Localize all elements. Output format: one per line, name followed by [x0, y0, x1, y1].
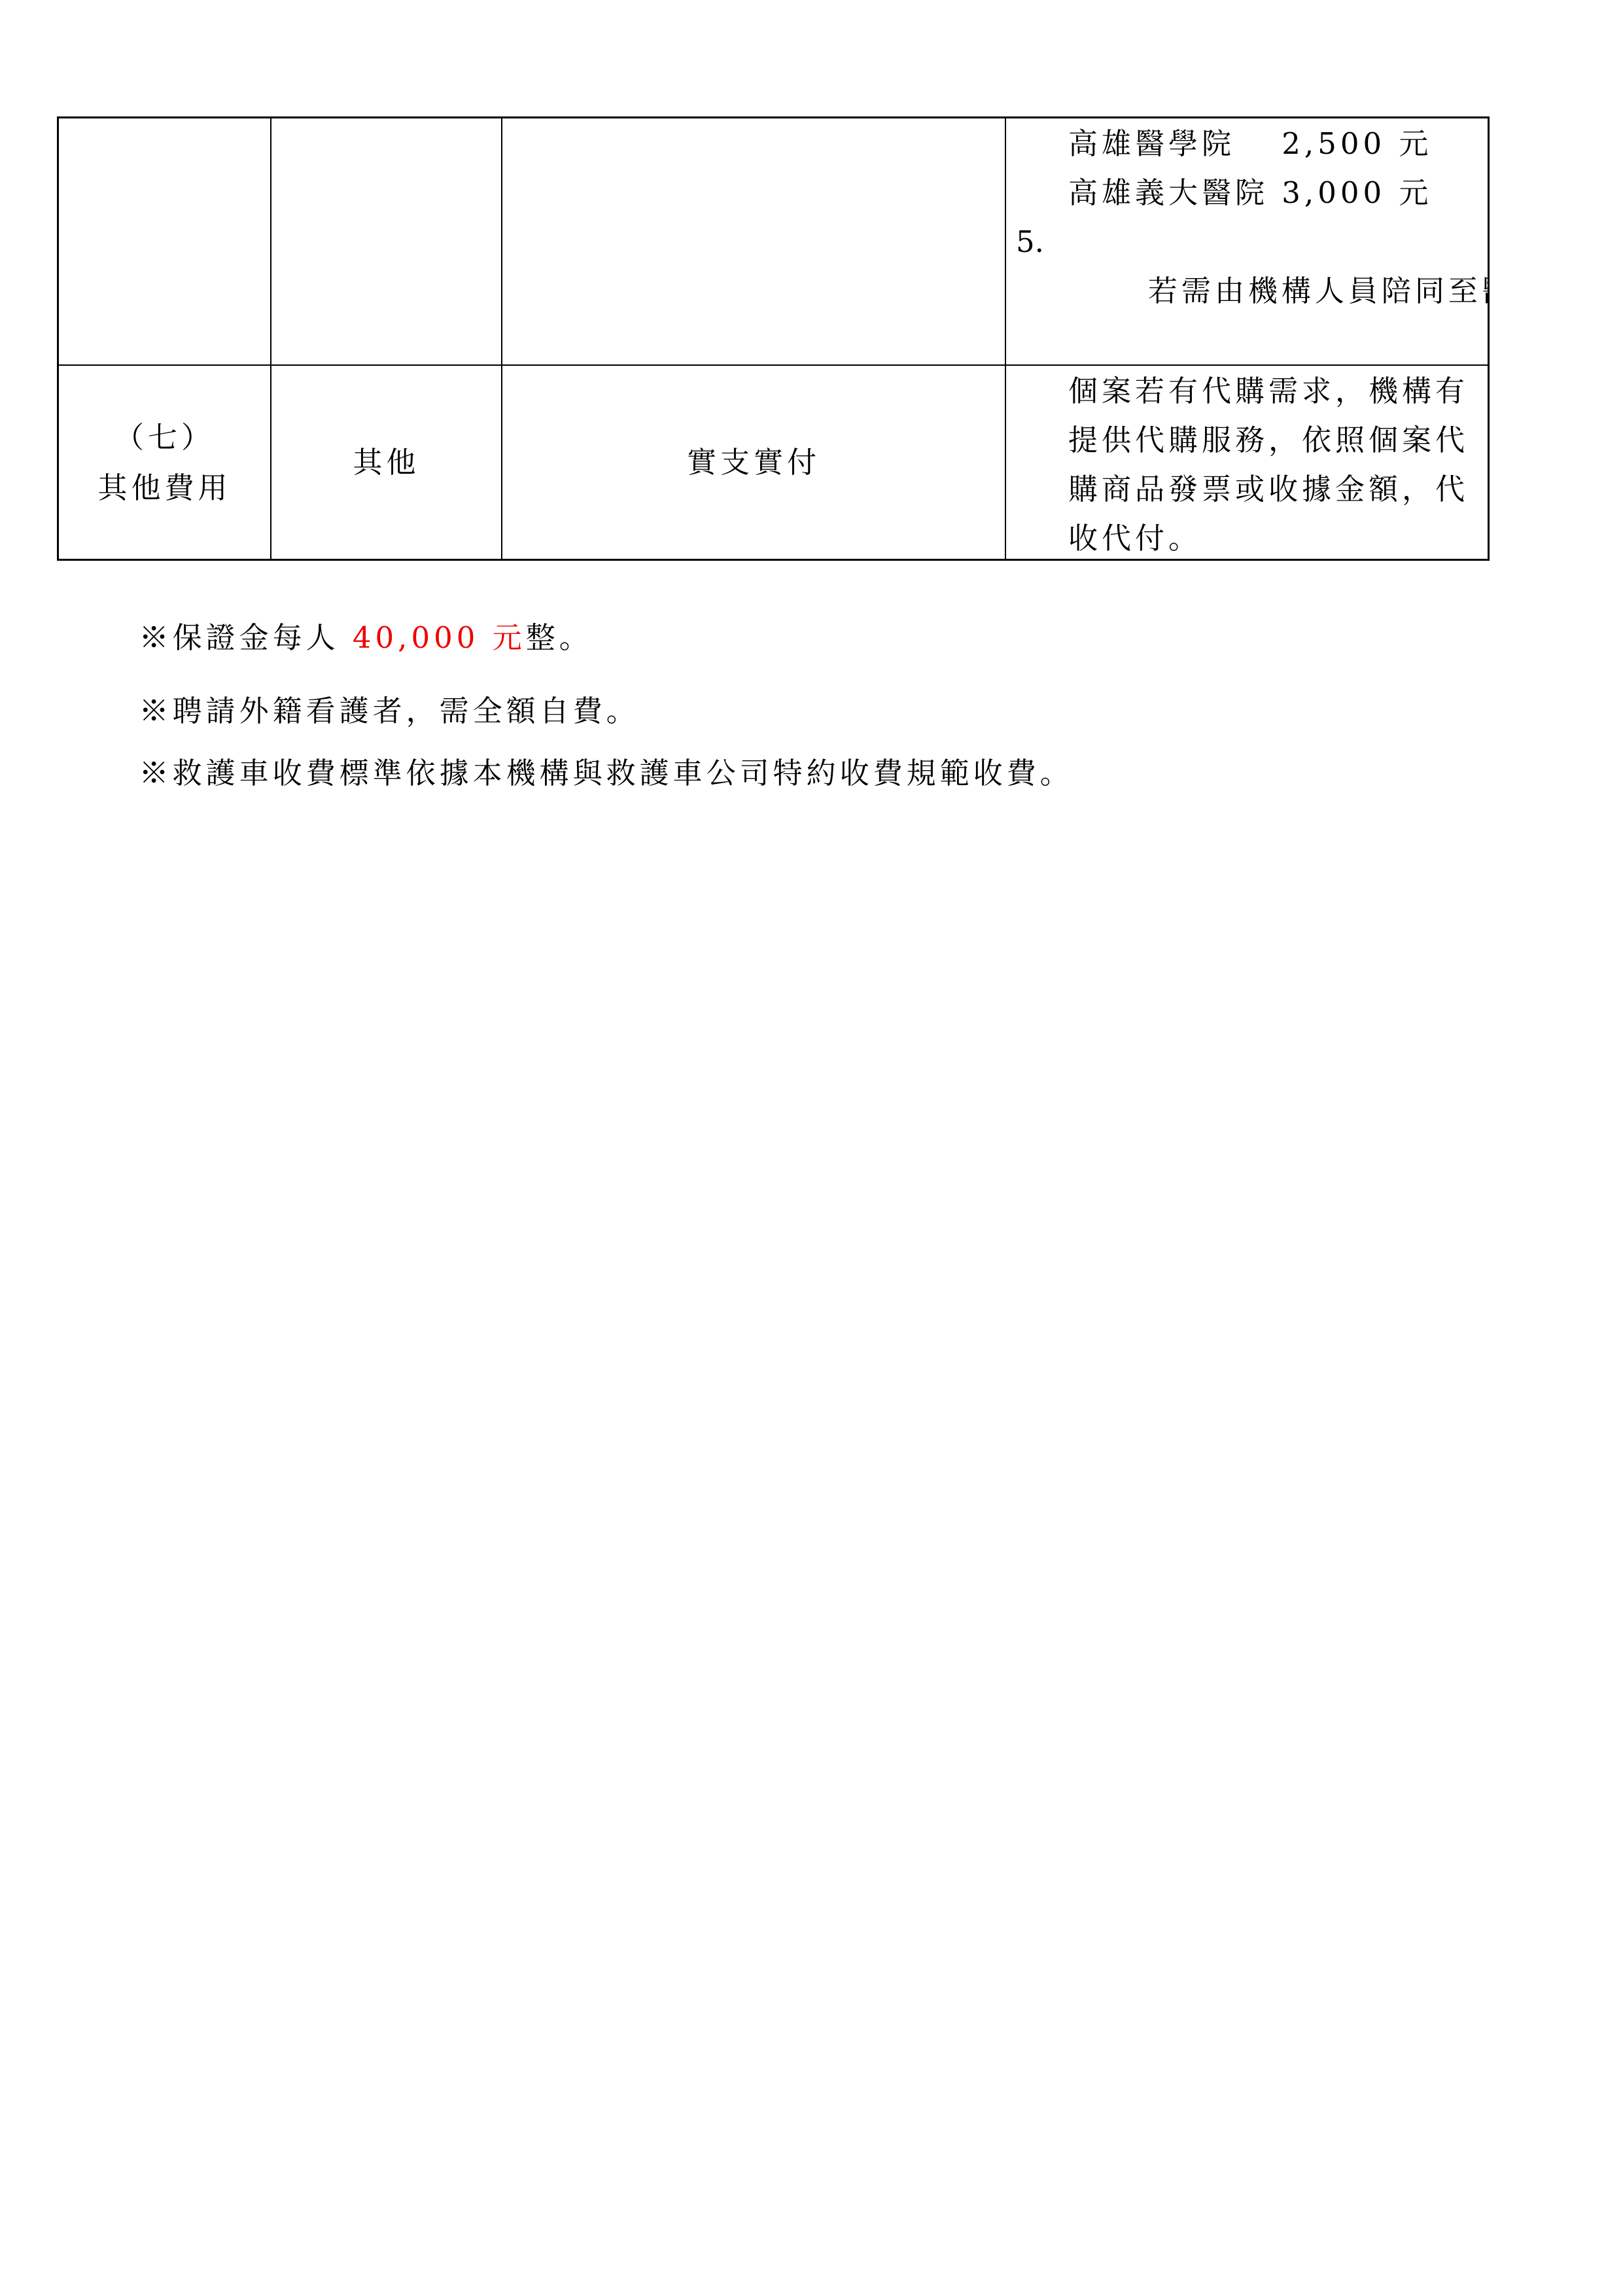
table-cell-r1-standard [502, 118, 1006, 364]
footnote-text: 整。 [526, 620, 593, 655]
table-cell-r2-category: （七） 其他費用 [59, 364, 271, 559]
item-label: 其他 [353, 437, 419, 487]
category-line: 其他費用 [97, 463, 231, 513]
table-cell-r2-remarks: 個案若有代購需求，機構有 提供代購服務，依照個案代 購商品發票或收據金額，代 收… [1006, 364, 1488, 559]
footnote-text: ※救護車收費標準依據本機構與救護車公司特約收費規範收費。 [139, 756, 1073, 790]
document-page: { "page": { "background": "#ffffff", "te… [0, 0, 1623, 2296]
remark-line: 個案若有代購需求，機構有 [1068, 366, 1481, 415]
table-cell-r1-remarks: 高雄醫學院 2,500 元 高雄義大醫院 3,000 元 5.若需由機構人員陪同… [1006, 118, 1488, 364]
remark-line: 收代付。 [1068, 514, 1481, 559]
fee-table: 高雄醫學院 2,500 元 高雄義大醫院 3,000 元 5.若需由機構人員陪同… [57, 116, 1490, 561]
table-cell-r2-standard: 實支實付 [502, 364, 1006, 559]
category-line: （七） [114, 412, 215, 463]
table-cell-r1-item [271, 118, 502, 364]
list-number: 5. [1016, 217, 1044, 266]
footnote-ambulance: ※救護車收費標準依據本機構與救護車公司特約收費規範收費。 [113, 715, 1073, 793]
deposit-amount-red: 40,000 元 [353, 620, 526, 655]
standard-label: 實支實付 [687, 437, 820, 487]
remark-line: 5.若需由機構人員陪同至醫 [1068, 217, 1481, 364]
footnote-text: ※保證金每人 [139, 620, 353, 655]
footnote-deposit: ※保證金每人 40,000 元整。 [113, 579, 593, 658]
table-cell-r1-category [59, 118, 271, 364]
remark-line: 提供代購服務，依照個案代 [1068, 415, 1481, 465]
remark-line-text: 若需由機構人員陪同至醫 [1148, 274, 1488, 308]
table-cell-r2-item: 其他 [271, 364, 502, 559]
remark-line: 高雄義大醫院 3,000 元 [1068, 168, 1481, 217]
remark-line: 高雄醫學院 2,500 元 [1068, 119, 1481, 168]
remark-line: 購商品發票或收據金額，代 [1068, 465, 1481, 514]
